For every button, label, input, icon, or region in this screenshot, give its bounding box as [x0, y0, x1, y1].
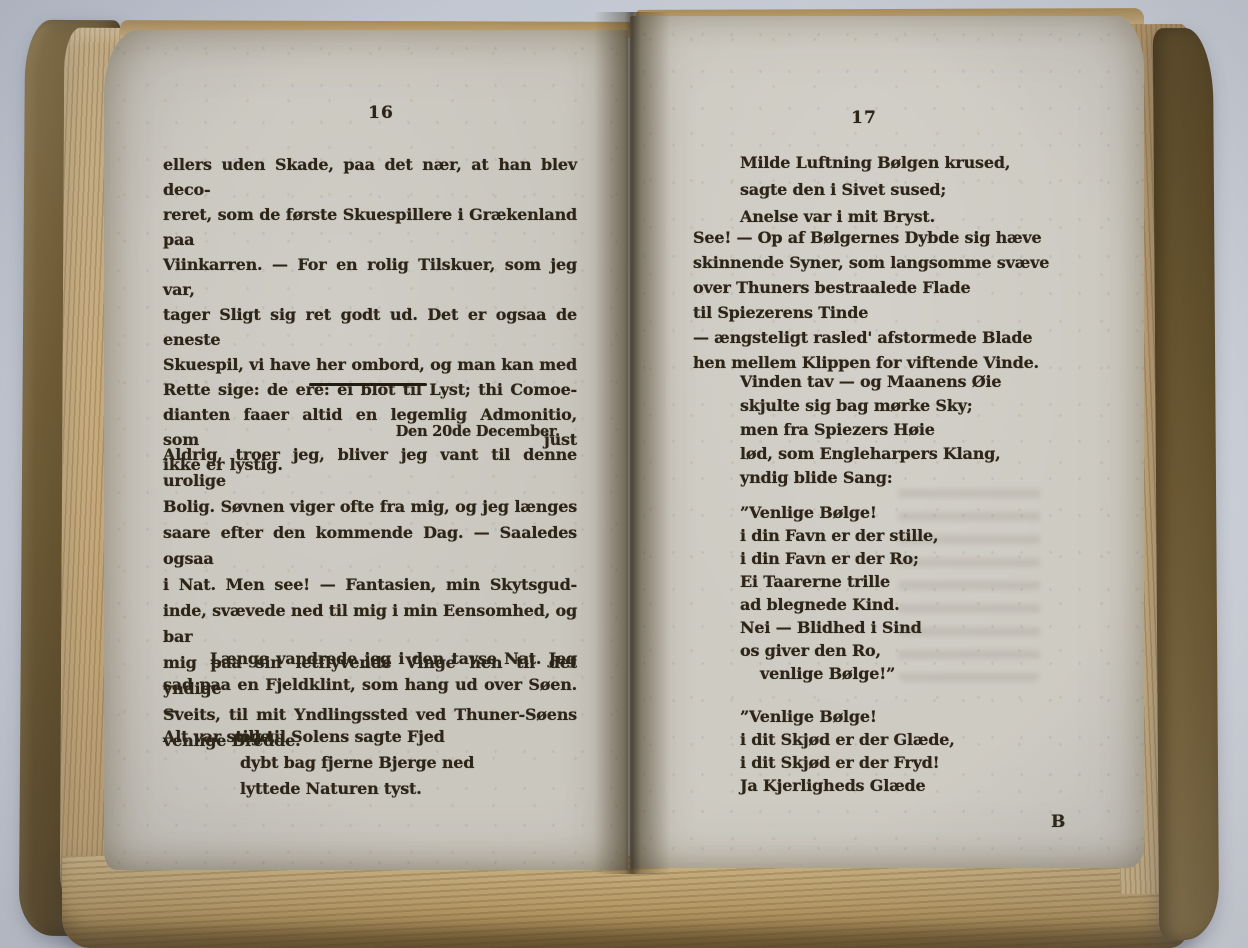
- text-line: Bolig. Søvnen viger ofte fra mig, og jeg…: [163, 494, 577, 520]
- poem-line: i din Favn er der stille,: [740, 524, 1035, 547]
- text-line: i Nat. Men see! — Fantasien, min Skytsgu…: [163, 572, 577, 598]
- dateline: Den 20de December.: [163, 422, 577, 442]
- signature-mark: B: [1051, 812, 1065, 832]
- text-line: tager Sligt sig ret godt ud. Det er ogsa…: [163, 302, 577, 352]
- poem-line: Milde Luftning Bølgen krused,: [740, 149, 1035, 176]
- poem-line: ”Venlige Bølge!: [740, 501, 1035, 524]
- poem-line: i din Favn er der Ro;: [740, 547, 1035, 570]
- poem-line: til Spiezerens Tinde: [693, 300, 1035, 325]
- poem-line: ”Venlige Bølge!: [740, 705, 1035, 728]
- stanza-1: Milde Luftning Bølgen krused, sagte den …: [693, 149, 1035, 230]
- stanza-4: ”Venlige Bølge! i din Favn er der stille…: [693, 501, 1035, 685]
- book-photo-scene: 16 ellers uden Skade, paa det nær, at ha…: [0, 0, 1248, 948]
- poem-line: i dit Skjød er der Glæde,: [740, 728, 1035, 751]
- poem-line: men fra Spiezers Høie: [740, 418, 1035, 442]
- poem-line: Ei Taarerne trille: [740, 570, 1035, 593]
- book-cover-edge-right: [1153, 28, 1219, 940]
- stanza-5: ”Venlige Bølge! i dit Skjød er der Glæde…: [693, 705, 1035, 797]
- verse-block: og til Solens sagte Fjed dybt bag fjerne…: [163, 724, 577, 802]
- poem-line: Vinden tav — og Maanens Øie: [740, 370, 1035, 394]
- poem-line: Ja Kjerligheds Glæde: [740, 774, 1035, 797]
- poem-line: os giver den Ro,: [740, 639, 1035, 662]
- verse-line: og til Solens sagte Fjed: [240, 724, 577, 750]
- poem-line: Nei — Blidhed i Sind: [740, 616, 1035, 639]
- poem-line: skjulte sig bag mørke Sky;: [740, 394, 1035, 418]
- text-line: saare efter den kommende Dag. — Saaledes…: [163, 520, 577, 572]
- stanza-2: See! — Op af Bølgernes Dybde sig hæve sk…: [693, 225, 1035, 375]
- poem-line: yndig blide Sang:: [740, 466, 1035, 490]
- poem-line: i dit Skjød er der Fryd!: [740, 751, 1035, 774]
- text-line: Skuespil, vi have her ombord, og man kan…: [163, 352, 577, 377]
- verse-line: dybt bag fjerne Bjerge ned: [240, 750, 577, 776]
- page-number-right: 17: [693, 108, 1035, 128]
- poem-line: over Thuners bestraalede Flade: [693, 275, 1035, 300]
- text-line: Aldrig, troer jeg, bliver jeg vant til d…: [163, 442, 577, 494]
- poem-line: — ængsteligt rasled' afstormede Blade: [693, 325, 1035, 350]
- text-line: Rette sige: de ere: ei blot til Lyst; th…: [163, 377, 577, 402]
- text-line: Længe vandrede jeg i den tavse Nat. Jeg: [163, 646, 577, 672]
- page-right: 17 Milde Luftning Bølgen krused, sagte d…: [630, 16, 1144, 868]
- page-left: 16 ellers uden Skade, paa det nær, at ha…: [104, 30, 628, 870]
- poem-line: ad blegnede Kind.: [740, 593, 1035, 616]
- section-divider-rule: [309, 383, 427, 386]
- text-line: inde, svævede ned til mig i min Eensomhe…: [163, 598, 577, 650]
- stanza-3: Vinden tav — og Maanens Øie skjulte sig …: [693, 370, 1035, 490]
- page-number-left: 16: [163, 103, 577, 123]
- poem-line: skinnende Syner, som langsomme svæve: [693, 250, 1035, 275]
- text-line: Viinkarren. — For en rolig Tilskuer, som…: [163, 252, 577, 302]
- poem-line: lød, som Engleharpers Klang,: [740, 442, 1035, 466]
- poem-line: venlige Bølge!”: [740, 662, 1035, 685]
- text-line: ellers uden Skade, paa det nær, at han b…: [163, 152, 577, 202]
- text-line: reret, som de første Skuespillere i Græk…: [163, 202, 577, 252]
- text-line: sad paa en Fjeldklint, som hang ud over …: [163, 672, 577, 724]
- poem-line: sagte den i Sivet sused;: [740, 176, 1035, 203]
- verse-line: lyttede Naturen tyst.: [240, 776, 577, 802]
- poem-line: See! — Op af Bølgernes Dybde sig hæve: [693, 225, 1035, 250]
